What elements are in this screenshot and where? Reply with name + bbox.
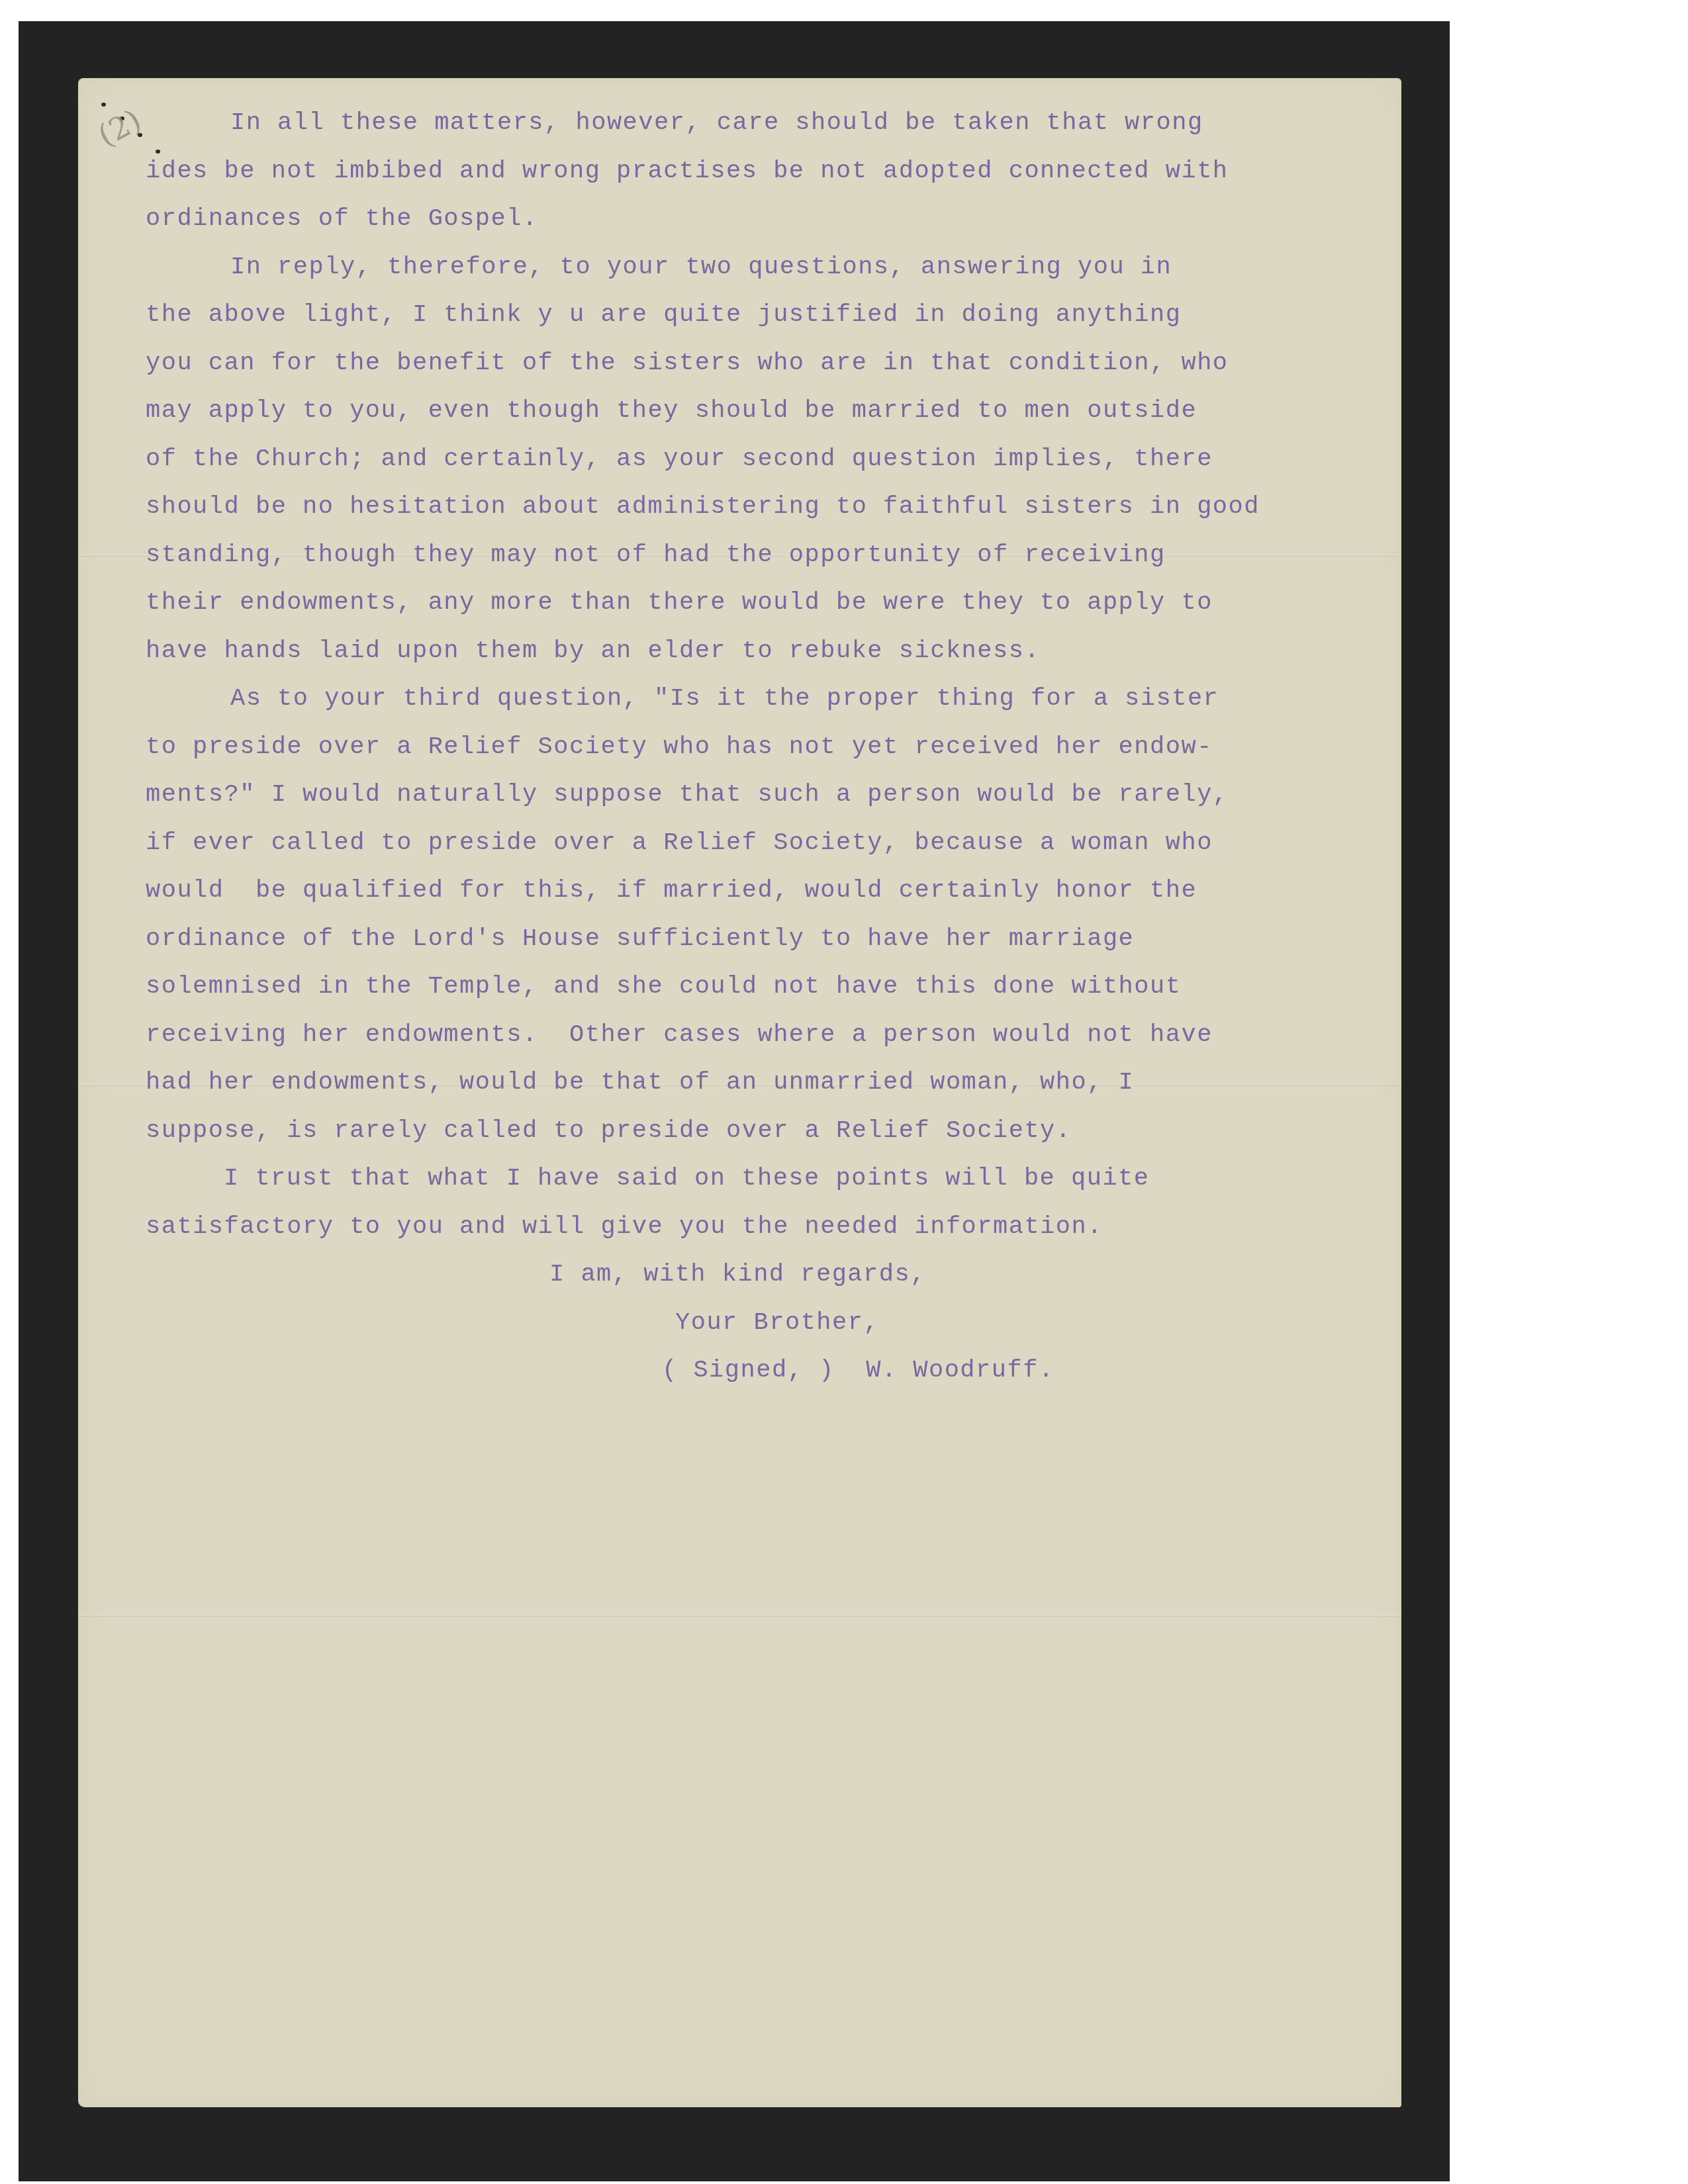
text-line: I trust that what I have said on these p… xyxy=(146,1155,1337,1203)
text-line: you can for the benefit of the sisters w… xyxy=(146,340,1337,388)
text-line: standing, though they may not of had the… xyxy=(146,531,1337,580)
text-line: ides be not imbibed and wrong practises … xyxy=(146,148,1337,196)
letter-body: In all these matters, however, care shou… xyxy=(146,99,1337,1395)
text-line: would be qualified for this, if married,… xyxy=(146,867,1337,915)
closing-line: I am, with kind regards, xyxy=(146,1251,1337,1299)
text-line: In reply, therefore, to your two questio… xyxy=(146,244,1337,292)
text-line: may apply to you, even though they shoul… xyxy=(146,387,1337,435)
hole-dot-icon xyxy=(101,103,106,107)
text-line: their endowments, any more than there wo… xyxy=(146,579,1337,627)
fold-line xyxy=(78,1615,1401,1617)
text-line: satisfactory to you and will give you th… xyxy=(146,1203,1337,1251)
text-line: solemnised in the Temple, and she could … xyxy=(146,963,1337,1011)
text-line: ments?" I would naturally suppose that s… xyxy=(146,771,1337,819)
text-line: had her endowments, would be that of an … xyxy=(146,1059,1337,1107)
text-line: ordinance of the Lord's House sufficient… xyxy=(146,915,1337,964)
text-line: to preside over a Relief Society who has… xyxy=(146,723,1337,772)
text-line: receiving her endowments. Other cases wh… xyxy=(146,1011,1337,1060)
text-line: of the Church; and certainly, as your se… xyxy=(146,435,1337,484)
text-line: ordinances of the Gospel. xyxy=(146,195,1337,244)
text-line: if ever called to preside over a Relief … xyxy=(146,819,1337,868)
text-line: suppose, is rarely called to preside ove… xyxy=(146,1107,1337,1156)
page-number-annotation: (2) xyxy=(92,102,147,154)
text-line: the above light, I think y u are quite j… xyxy=(146,291,1337,340)
signature-line: ( Signed, ) W. Woodruff. xyxy=(146,1347,1337,1395)
text-line: have hands laid upon them by an elder to… xyxy=(146,627,1337,676)
text-line: As to your third question, "Is it the pr… xyxy=(146,675,1337,723)
text-line: In all these matters, however, care shou… xyxy=(146,99,1337,148)
signoff-line: Your Brother, xyxy=(146,1299,1337,1347)
text-line: should be no hesitation about administer… xyxy=(146,483,1337,531)
